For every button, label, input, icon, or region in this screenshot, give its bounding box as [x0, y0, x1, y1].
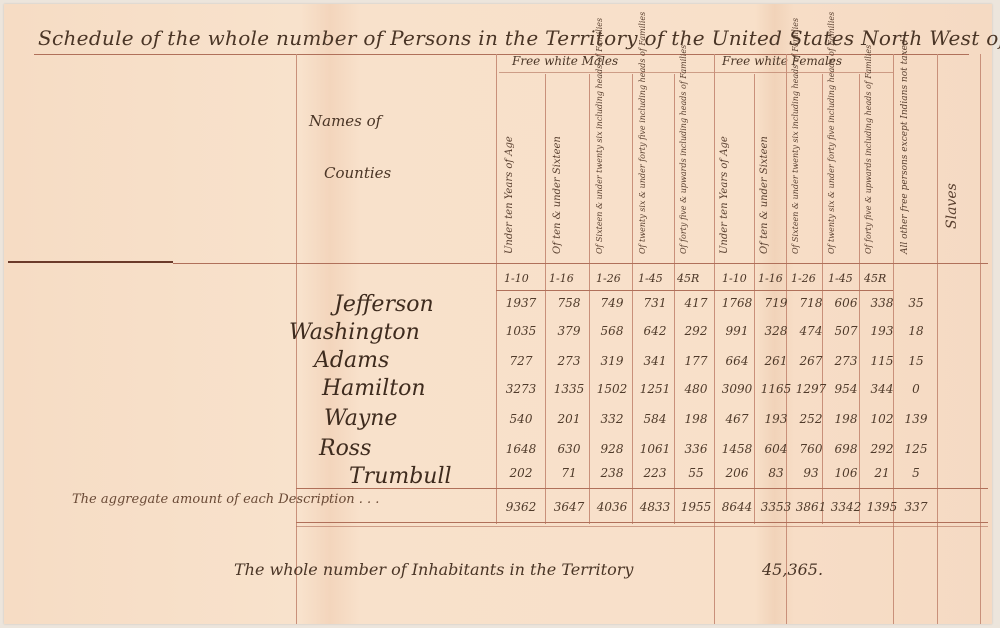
females-group-header: Free white Females	[722, 54, 842, 68]
column-divider	[937, 54, 938, 624]
table-cell: 1035	[499, 324, 543, 338]
county-name: Hamilton	[322, 376, 426, 401]
total-label: The whole number of Inhabitants in the T…	[234, 560, 633, 579]
column-header: Of twenty six & under forty five includi…	[637, 12, 649, 254]
table-cell: 642	[633, 324, 677, 338]
table-cell: 15	[894, 354, 938, 368]
table-cell: 201	[547, 412, 591, 426]
aggregate-label: The aggregate amount of each Description…	[72, 492, 379, 507]
column-header: Slaves	[946, 183, 958, 229]
column-header: Of Sixteen & under twenty six including …	[790, 18, 802, 254]
table-cell: 1061	[633, 442, 677, 456]
table-cell: 379	[547, 324, 591, 338]
table-cell: 1335	[547, 382, 591, 396]
table-cell: 1458	[715, 442, 759, 456]
names-header-line2: Counties	[324, 164, 391, 182]
aggregate-cell: 8644	[715, 500, 759, 514]
table-cell: 758	[547, 296, 591, 310]
column-header: Of forty five & upwards including heads …	[678, 45, 690, 254]
table-cell: 206	[715, 466, 759, 480]
column-header: Of twenty six & under forty five includi…	[826, 12, 838, 254]
table-cell: 55	[674, 466, 718, 480]
column-code: 1-16	[549, 272, 574, 285]
table-cell: 35	[894, 296, 938, 310]
table-cell: 71	[547, 466, 591, 480]
column-code: 1-45	[638, 272, 663, 285]
table-cell: 5	[894, 466, 938, 480]
column-divider	[714, 54, 715, 624]
column-code: 1-10	[504, 272, 529, 285]
table-cell: 480	[674, 382, 718, 396]
table-cell: 584	[633, 412, 677, 426]
county-name: Ross	[319, 436, 371, 461]
table-cell: 198	[674, 412, 718, 426]
aggregate-cell: 4833	[633, 500, 677, 514]
aggregate-cell: 4036	[590, 500, 634, 514]
aggregate-cell: 3647	[547, 500, 591, 514]
column-code: 1-16	[758, 272, 783, 285]
table-cell: 749	[590, 296, 634, 310]
column-divider	[893, 54, 894, 624]
table-cell: 3090	[715, 382, 759, 396]
column-header: Under ten Years of Age	[719, 136, 731, 254]
table-cell: 177	[674, 354, 718, 368]
table-cell: 1937	[499, 296, 543, 310]
column-header: Of Sixteen & under twenty six including …	[594, 18, 606, 254]
table-cell: 273	[547, 354, 591, 368]
column-header: Of ten & under Sixteen	[759, 136, 771, 254]
column-code: 45R	[864, 272, 886, 285]
table-cell: 727	[499, 354, 543, 368]
column-code: 1-26	[596, 272, 621, 285]
table-cell: 341	[633, 354, 677, 368]
column-code: 45R	[677, 272, 699, 285]
table-cell: 3273	[499, 382, 543, 396]
county-name: Trumbull	[349, 464, 452, 489]
county-name: Washington	[289, 320, 420, 345]
column-divider	[980, 54, 981, 624]
table-cell: 991	[715, 324, 759, 338]
header-divider	[173, 263, 988, 264]
column-divider	[496, 54, 497, 524]
aggregate-cell: 337	[894, 500, 938, 514]
table-cell: 630	[547, 442, 591, 456]
column-divider	[545, 74, 546, 524]
document-title: Schedule of the whole number of Persons …	[38, 26, 1000, 50]
county-name: Wayne	[324, 406, 397, 431]
table-cell: 540	[499, 412, 543, 426]
table-cell: 292	[674, 324, 718, 338]
table-cell: 332	[590, 412, 634, 426]
column-code: 1-10	[722, 272, 747, 285]
column-code: 1-26	[791, 272, 816, 285]
body-bottom-divider	[296, 488, 988, 489]
table-cell: 18	[894, 324, 938, 338]
total-value: 45,365.	[762, 560, 823, 579]
column-header: All other free persons except Indians no…	[899, 39, 911, 254]
table-cell: 238	[590, 466, 634, 480]
table-cell: 1502	[590, 382, 634, 396]
table-cell: 1648	[499, 442, 543, 456]
column-header: Under ten Years of Age	[504, 136, 516, 254]
column-divider	[786, 54, 787, 624]
table-cell: 202	[499, 466, 543, 480]
table-cell: 319	[590, 354, 634, 368]
table-cell: 1768	[715, 296, 759, 310]
aggregate-cell: 1955	[674, 500, 718, 514]
aggregate-bottom-divider	[296, 526, 988, 527]
names-header-line1: Names of	[309, 112, 381, 130]
aggregate-bottom-divider	[296, 522, 988, 523]
header-divider	[8, 261, 173, 263]
table-cell: 0	[894, 382, 938, 396]
column-header: Of ten & under Sixteen	[552, 136, 564, 254]
table-cell: 139	[894, 412, 938, 426]
table-cell: 125	[894, 442, 938, 456]
county-name: Adams	[314, 348, 389, 373]
table-cell: 664	[715, 354, 759, 368]
code-row-divider	[496, 290, 893, 291]
table-cell: 467	[715, 412, 759, 426]
table-cell: 568	[590, 324, 634, 338]
census-document: Schedule of the whole number of Persons …	[4, 4, 992, 624]
table-cell: 417	[674, 296, 718, 310]
aggregate-cell: 9362	[499, 500, 543, 514]
column-header: Of forty five & upwards including heads …	[863, 45, 875, 254]
county-name: Jefferson	[334, 292, 434, 317]
table-cell: 731	[633, 296, 677, 310]
column-code: 1-45	[828, 272, 853, 285]
table-cell: 928	[590, 442, 634, 456]
table-cell: 336	[674, 442, 718, 456]
table-cell: 1251	[633, 382, 677, 396]
table-cell: 223	[633, 466, 677, 480]
